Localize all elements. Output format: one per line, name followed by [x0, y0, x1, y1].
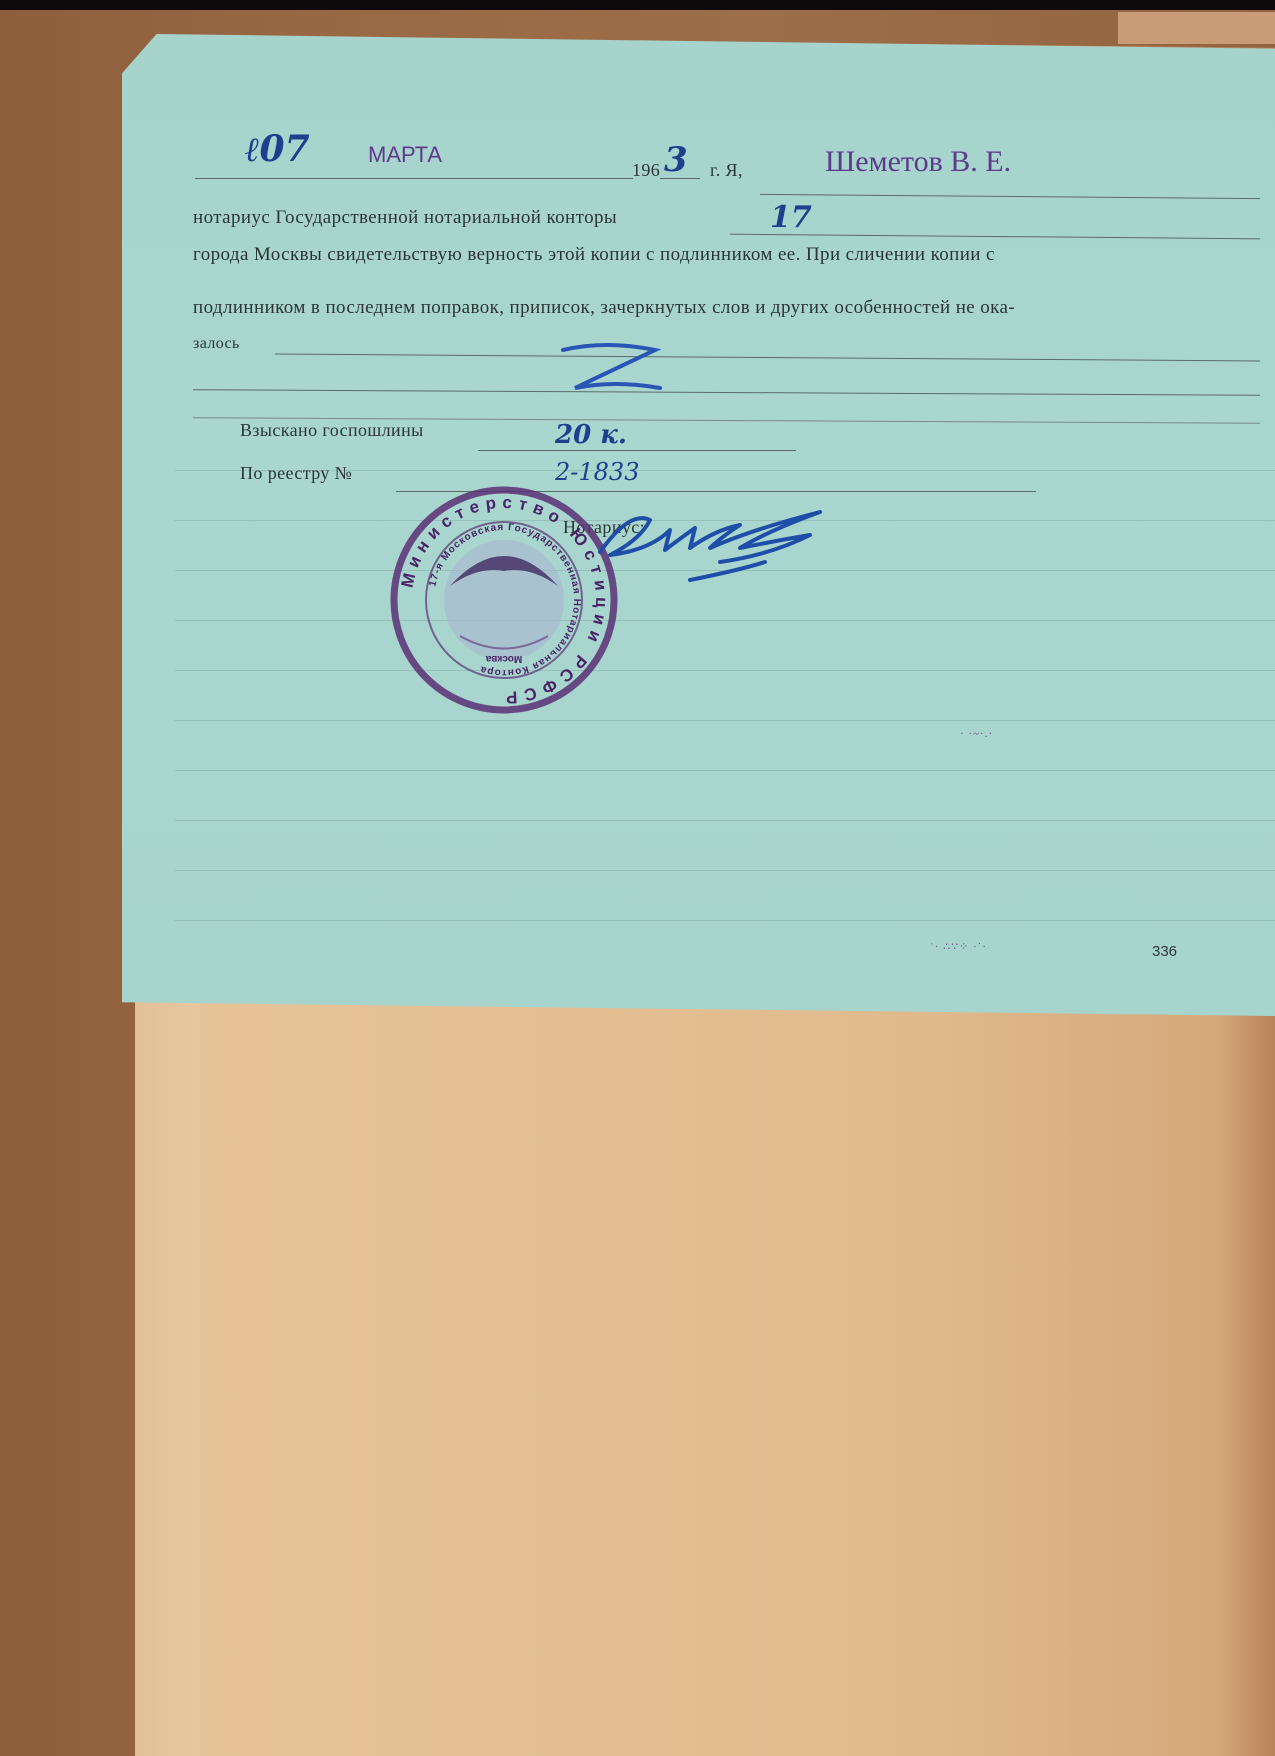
underlying-page — [135, 990, 1275, 1756]
ink-specks: · ·~·.· — [960, 728, 993, 740]
notary-intro: г. Я, — [710, 160, 743, 181]
ink-specks-bottom: ˈ· ∴∵⁘ ·˙· — [930, 940, 987, 953]
year-prefix: 196 — [632, 160, 660, 181]
line-notary-office: нотариус Государственной нотариальной ко… — [193, 207, 617, 229]
fee-label: Взыскано госпошлины — [240, 420, 424, 441]
scan-top-border — [0, 0, 1275, 10]
notary-name-stamp: Шеметов В. Е. — [825, 145, 1011, 179]
page-number: 336 — [1152, 943, 1177, 960]
year-underline — [660, 178, 700, 179]
day-handwritten: ℓ07 — [245, 128, 310, 170]
line-result: залось — [193, 335, 240, 353]
office-number-handwritten: 17 — [770, 200, 812, 235]
year-handwritten: 3 — [664, 140, 688, 180]
registry-value-handwritten: 2-1833 — [555, 458, 639, 486]
underlying-page-edge — [135, 990, 200, 1756]
line-comparison: подлинником в последнем поправок, припис… — [193, 297, 1015, 319]
line-certification: города Москвы свидетельствую верность эт… — [193, 244, 995, 266]
fee-value-handwritten: 20 к. — [555, 420, 627, 450]
date-underline — [195, 178, 633, 179]
official-seal-icon: Министерство Юстиции РСФСР 17-я Московск… — [390, 486, 618, 714]
corner-paper — [1118, 12, 1275, 44]
notary-signature — [590, 500, 840, 600]
month-stamp: МАРТА — [368, 142, 442, 168]
registry-label: По реестру № — [240, 463, 352, 484]
fee-underline — [478, 450, 796, 451]
svg-text:Москва: Москва — [485, 653, 522, 664]
